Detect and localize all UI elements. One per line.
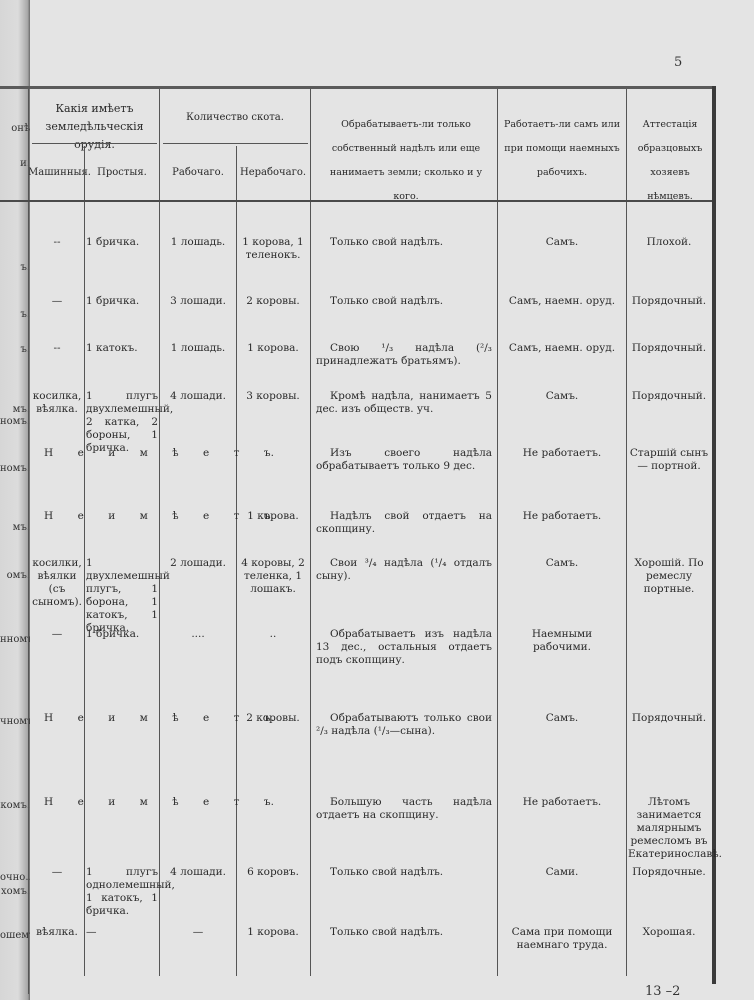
cell-simple: 1 двухлемешный плугъ, 1 борона, 1 катокъ… [86,557,158,635]
facing-page-fragment: нномъ. [0,634,30,645]
spread-letter: т [234,712,240,725]
facing-page-fragment: и. [0,158,30,169]
spread-letter: Н [44,447,53,460]
cell-land: Надѣлъ свой отдаетъ на скопщину. [316,510,492,536]
spread-letter: Н [44,796,53,809]
cell-working: 3 лошади. [161,295,235,308]
cell-attestation: Хорошая. [628,926,710,939]
facing-page-fragment: ъ. [0,309,30,320]
spread-letter: ѣ [172,447,178,460]
col-divider [28,89,29,994]
header-subrule [32,143,157,144]
facing-page-fragment: номъ. [0,416,30,427]
cell-nonworking: .. [238,628,308,641]
cell-attestation: Хорошій. По ремеслу портные. [628,557,710,596]
col-divider [497,89,498,976]
facing-page-fragment: хомъ. [0,886,30,897]
col-divider [159,89,160,976]
cell-labor: Не работаетъ. [502,796,622,809]
cell-labor: Самъ. [502,390,622,403]
header-land: Обрабатываетъ-ли только собственный надѣ… [316,113,496,209]
facing-page-fragment: ъ. [0,344,30,355]
spread-letter: е [203,796,209,809]
cell-land: Обрабатываетъ изъ надѣла 13 дес., осталь… [316,628,492,667]
cell-simple: 1 бричка. [86,295,158,308]
cell-nonworking: 1 корова. [238,342,308,355]
facing-page-fragment: чномъ. [0,716,30,727]
facing-page-fragment: очно... [0,872,30,883]
spread-letter: т [234,447,240,460]
spread-letter: и [108,510,115,523]
spread-letter: т [234,796,240,809]
cell-not-owned-spread: Неимѣетъ. [44,796,274,809]
header-livestock-group: Количество скота. [160,111,310,124]
cell-nonworking: 3 коровы. [238,390,308,403]
cell-simple: 1 плугъ двухлемешный, 2 катка, 2 бороны,… [86,390,158,455]
spread-letter: е [203,510,209,523]
spread-letter: м [140,510,148,523]
cell-working: 1 лошадь. [161,342,235,355]
cell-nonworking: 4 коровы, 2 теленка, 1 лошакъ. [238,557,308,596]
cell-attestation: Порядочный. [628,712,710,725]
spread-letter: ъ. [264,712,274,725]
cell-labor: Самъ. [502,557,622,570]
cell-machine: косилка, вѣялка. [30,390,84,416]
cell-attestation: Порядочный. [628,390,710,403]
spread-letter: е [78,510,84,523]
spread-letter: и [108,796,115,809]
header-bottom-rule [0,200,712,202]
cell-nonworking: 6 коровъ. [238,866,308,879]
cell-labor: Самъ. [502,236,622,249]
cell-simple: — [86,926,158,939]
cell-simple: 1 бричка. [86,236,158,249]
header-labor: Работаетъ-ли самъ или при помощи наемных… [500,113,624,185]
table-top-rule [0,86,712,89]
cell-attestation: Лѣтомъ занимается малярнымъ ремесломъ въ… [628,796,710,861]
cell-land: Свою ¹/₃ надѣла (²/₃ принадлежатъ братья… [316,342,492,368]
cell-attestation: Порядочный. [628,342,710,355]
header-attestation: Аттестація образцовыхъ хозяевъ нѣмцевъ. [630,113,710,209]
cell-working: 4 лошади. [161,866,235,879]
spread-letter: е [203,447,209,460]
header-implements-simple: Простыя. [86,166,158,179]
cell-machine: косилки, вѣялки (съ сыномъ). [30,557,84,609]
facing-page-fragment: мъ. [0,404,30,415]
cell-machine: -- [30,236,84,249]
cell-working: 2 лошади. [161,557,235,570]
facing-page-edge: онѣи.ъ.ъ.ъ.мъ.номъ.номъ.мъ.омъ.нномъ.чно… [0,0,30,1000]
spread-letter: Н [44,510,53,523]
cell-nonworking: 1 корова, 1 теленокъ. [238,236,308,262]
spread-letter: ъ. [264,510,274,523]
facing-page-fragment: комъ. [0,800,30,811]
spread-letter: е [203,712,209,725]
cell-working: .... [161,628,235,641]
facing-page-fragment: онѣ [0,123,30,134]
cell-attestation: Порядочный. [628,295,710,308]
cell-machine: вѣялка. [30,926,84,939]
spread-letter: ѣ [172,712,178,725]
cell-not-owned-spread: Неимѣетъ. [44,712,274,725]
col-divider [310,89,311,976]
printer-signature: 13 –2 [645,984,680,999]
cell-land: Свои ³/₄ надѣла (¹/₄ отдалъ сыну). [316,557,492,583]
cell-land: Только свой надѣлъ. [316,295,492,308]
cell-labor: Самъ, наемн. оруд. [502,342,622,355]
spread-letter: ѣ [172,510,178,523]
cell-working: — [161,926,235,939]
cell-labor: Не работаетъ. [502,510,622,523]
spread-letter: м [140,796,148,809]
cell-land: Кромѣ надѣла, нанимаетъ 5 дес. изъ общес… [316,390,492,416]
cell-simple: 1 бричка. [86,628,158,641]
cell-attestation: Старшій сынъ — портной. [628,447,710,473]
cell-labor: Сама при помощи наемнаго труда. [502,926,622,952]
spread-letter: е [78,796,84,809]
cell-land: Только свой надѣлъ. [316,866,492,879]
cell-land: Изъ своего надѣла обрабатываетъ только 9… [316,447,492,473]
spread-letter: ъ. [264,447,274,460]
header-subrule [163,143,308,144]
spread-letter: Н [44,712,53,725]
facing-page-fragment: номъ. [0,463,30,474]
cell-simple: 1 катокъ. [86,342,158,355]
cell-land: Обрабатываютъ только свои ²/₃ надѣла (¹/… [316,712,492,738]
spread-letter: и [108,712,115,725]
facing-page-fragment: мъ. [0,522,30,533]
page-number: 5 [674,55,682,70]
header-livestock-working: Рабочаго. [160,166,236,179]
header-livestock-nonworking: Нерабочаго. [236,166,310,179]
spread-letter: е [78,447,84,460]
spread-letter: е [78,712,84,725]
cell-simple: 1 плугъ однолемешный, 1 катокъ, 1 бричка… [86,866,158,918]
facing-page-fragment: омъ. [0,570,30,581]
cell-machine: — [30,866,84,879]
cell-labor: Сами. [502,866,622,879]
cell-nonworking: 2 коровы. [238,295,308,308]
spread-letter: м [140,447,148,460]
spread-letter: т [234,510,240,523]
cell-not-owned-spread: Неимѣетъ. [44,510,274,523]
cell-working: 1 лошадь. [161,236,235,249]
header-implements-machine: Машинныя. [28,166,86,179]
cell-labor: Самъ, наемн. оруд. [502,295,622,308]
cell-attestation: Порядочные. [628,866,710,879]
cell-labor: Наемными рабочими. [502,628,622,654]
cell-land: Только свой надѣлъ. [316,236,492,249]
cell-not-owned-spread: Неимѣетъ. [44,447,274,460]
cell-machine: -- [30,342,84,355]
spread-letter: м [140,712,148,725]
spread-letter: ъ. [264,796,274,809]
cell-nonworking: 1 корова. [238,926,308,939]
cell-working: 4 лошади. [161,390,235,403]
header-implements-group: Какія имѣетъ земледѣльческія орудія. [32,100,157,154]
spread-letter: и [108,447,115,460]
cell-labor: Не работаетъ. [502,447,622,460]
cell-labor: Самъ. [502,712,622,725]
cell-attestation: Плохой. [628,236,710,249]
cell-machine: — [30,295,84,308]
cell-land: Только свой надѣлъ. [316,926,492,939]
col-divider [84,146,85,976]
spread-letter: ѣ [172,796,178,809]
cell-land: Большую часть надѣла отдаетъ на скопщину… [316,796,492,822]
facing-page-fragment: ъ. [0,262,30,273]
facing-page-fragment: ошемъ. [0,930,30,941]
col-divider [626,89,627,976]
cell-machine: — [30,628,84,641]
col-divider [236,146,237,976]
